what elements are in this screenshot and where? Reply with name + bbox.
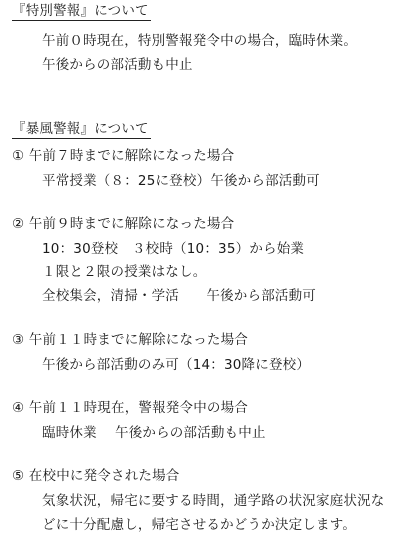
storm-item-5-line-1: 気象状況，帰宅に要する時間，通学路の状況家庭状況な	[42, 492, 385, 510]
storm-item-4-line-1: 臨時休業 午後からの部活動も中止	[42, 424, 266, 442]
storm-item-2-title: ② 午前９時までに解除になった場合	[12, 215, 234, 233]
storm-item-4-title: ④ 午前１１時現在，警報発令中の場合	[12, 399, 248, 417]
storm-item-2-line-3: 全校集会，清掃・学活 午後から部活動可	[42, 287, 316, 305]
special-warning-heading: 『特別警報』について	[12, 3, 151, 21]
storm-item-3-line-1: 午後から部活動のみ可（14：30降に登校）	[42, 356, 310, 374]
storm-item-1-title: ① 午前７時までに解除になった場合	[12, 147, 234, 165]
storm-item-5-line-2: どに十分配慮し，帰宅させるかどうか決定します。	[42, 516, 356, 534]
storm-item-1-line-1: 平常授業（８：25に登校）午後から部活動可	[42, 172, 320, 190]
storm-item-2-line-2: １限と２限の授業はなし。	[42, 263, 206, 281]
storm-item-2-line-1: 10：30登校 ３校時（10：35）から始業	[42, 240, 304, 258]
special-warning-line-1: 午前０時現在，特別警報発令中の場合，臨時休業。	[42, 32, 357, 50]
special-warning-line-2: 午後からの部活動も中止	[42, 56, 193, 74]
storm-item-5-title: ⑤ 在校中に発令された場合	[12, 467, 180, 485]
storm-item-3-title: ③ 午前１１時までに解除になった場合	[12, 331, 248, 349]
storm-warning-heading: 『暴風警報』について	[12, 121, 151, 139]
